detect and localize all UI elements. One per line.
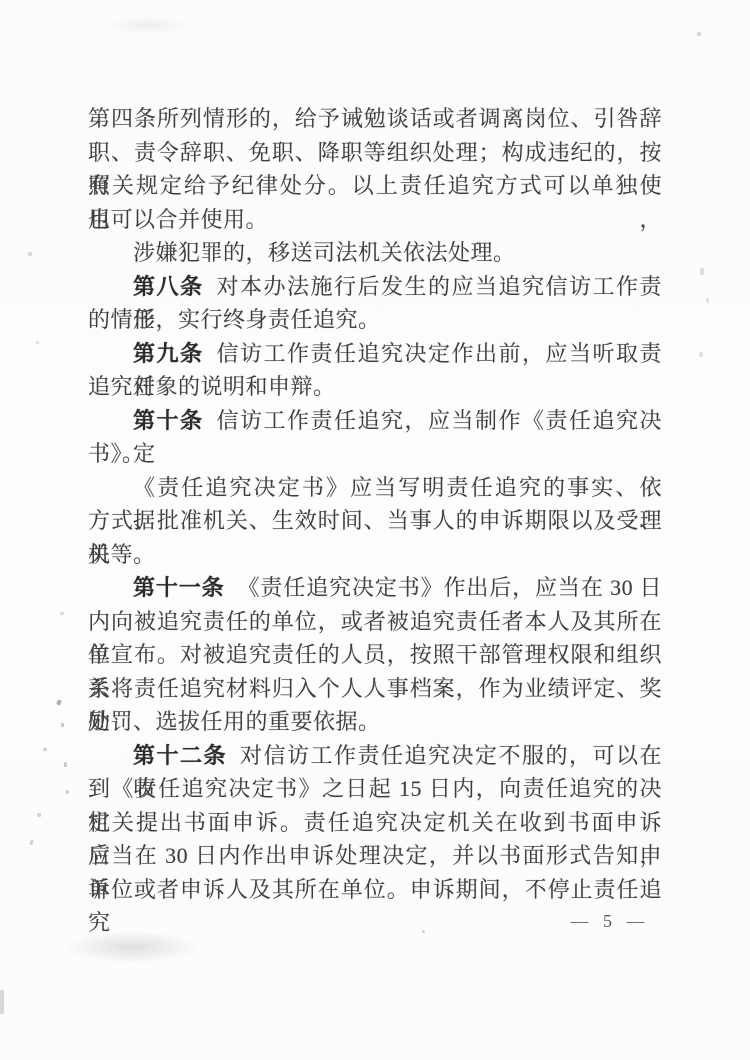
text-line: 追究对象的说明和申辩。 (88, 370, 662, 404)
scan-speck (29, 840, 33, 846)
scan-speck (36, 341, 39, 344)
line-text: 关等。 (88, 542, 156, 567)
text-line: 第四条所列情形的，给予诫勉谈话或者调离岗位、引咎辞 (88, 102, 662, 136)
line-text: 书》。 (88, 441, 145, 466)
text-line: 第十一条《责任追究决定书》作出后，应当在 30 日 (88, 571, 662, 605)
text-line: 《责任追究决定书》应当写明责任追究的事实、依据、 (88, 471, 662, 505)
text-line: 涉嫌犯罪的，移送司法机关依法处理。 (88, 236, 662, 270)
scan-smudge (103, 16, 193, 34)
text-line: 到《责任追究决定书》之日起 15 日内，向责任追究的决定 (88, 772, 662, 806)
line-text: 处罚、选拔任用的重要依据。 (88, 709, 381, 734)
text-line: 方式、批准机关、生效时间、当事人的申诉期限以及受理机 (88, 504, 662, 538)
text-line: 处罚、选拔任用的重要依据。 (88, 705, 662, 739)
scan-speck (700, 268, 704, 275)
scan-speck (697, 32, 701, 36)
text-line: 第八条对本办法施行后发生的应当追究信访工作责任 (88, 270, 662, 304)
text-line: 第十二条对信访工作责任追究决定不服的，可以在收 (88, 739, 662, 773)
text-line: 位宣布。对被追究责任的人员，按照干部管理权限和组织关 (88, 638, 662, 672)
text-line: 关等。 (88, 538, 662, 572)
article-number: 第八条 (133, 274, 204, 299)
text-line: 单位或者申诉人及其所在单位。申诉期间，不停止责任追究 (88, 873, 662, 907)
line-text: 涉嫌犯罪的，移送司法机关依法处理。 (133, 240, 516, 265)
scan-speck (56, 699, 62, 705)
text-line: 内向被追究责任的单位，或者被追究责任者本人及其所在单 (88, 605, 662, 639)
text-line: 第九条信访工作责任追究决定作出前，应当听取责任 (88, 337, 662, 371)
scanned-document-page: 第四条所列情形的，给予诫勉谈话或者调离岗位、引咎辞 职、责令辞职、免职、降职等组… (0, 0, 750, 1060)
scan-speck (64, 762, 67, 767)
article-number: 第十二条 (133, 743, 227, 768)
article-number: 第十一条 (133, 575, 225, 600)
scan-speck (699, 352, 703, 357)
line-text: 的情形，实行终身责任追究。 (88, 307, 381, 332)
article-number: 第九条 (133, 341, 204, 366)
article-number: 第十条 (133, 408, 204, 433)
text-line: 第十条信访工作责任追究，应当制作《责任追究决定 (88, 404, 662, 438)
scan-speck (61, 723, 64, 727)
scan-edge-mark (0, 990, 4, 1014)
scan-speck (60, 611, 65, 615)
page-number: — 5 — (560, 908, 660, 934)
text-line: 的情形，实行终身责任追究。 (88, 303, 662, 337)
text-line: 机关提出书面申诉。责任追究决定机关在收到书面申诉后， (88, 806, 662, 840)
scan-smudge (66, 931, 198, 963)
scan-speck (28, 252, 32, 256)
line-text: 第四条所列情形的，给予诫勉谈话或者调离岗位、引咎辞 (88, 106, 662, 131)
document-text-block: 第四条所列情形的，给予诫勉谈话或者调离岗位、引咎辞 职、责令辞职、免职、降职等组… (88, 102, 662, 906)
scan-speck (43, 748, 48, 752)
line-text: 也可以合并使用。 (88, 207, 268, 232)
text-line: 应当在 30 日内作出申诉处理决定，并以书面形式告知申诉 (88, 839, 662, 873)
line-text: 追究对象的说明和申辩。 (88, 374, 336, 399)
text-line: 书》。 (88, 437, 662, 471)
line-text: 《责任追究决定书》作出后，应当在 30 日 (238, 575, 662, 600)
scan-speck (37, 813, 41, 817)
text-line: 职、责令辞职、免职、降职等组织处理；构成违纪的，按照 (88, 136, 662, 170)
scan-speck (706, 298, 709, 303)
text-line: 有关规定给予纪律处分。以上责任追究方式可以单独使用， (88, 169, 662, 203)
text-line: 系将责任追究材料归入个人人事档案，作为业绩评定、奖励 (88, 672, 662, 706)
scan-speck (422, 930, 425, 933)
scan-speck (66, 790, 69, 794)
